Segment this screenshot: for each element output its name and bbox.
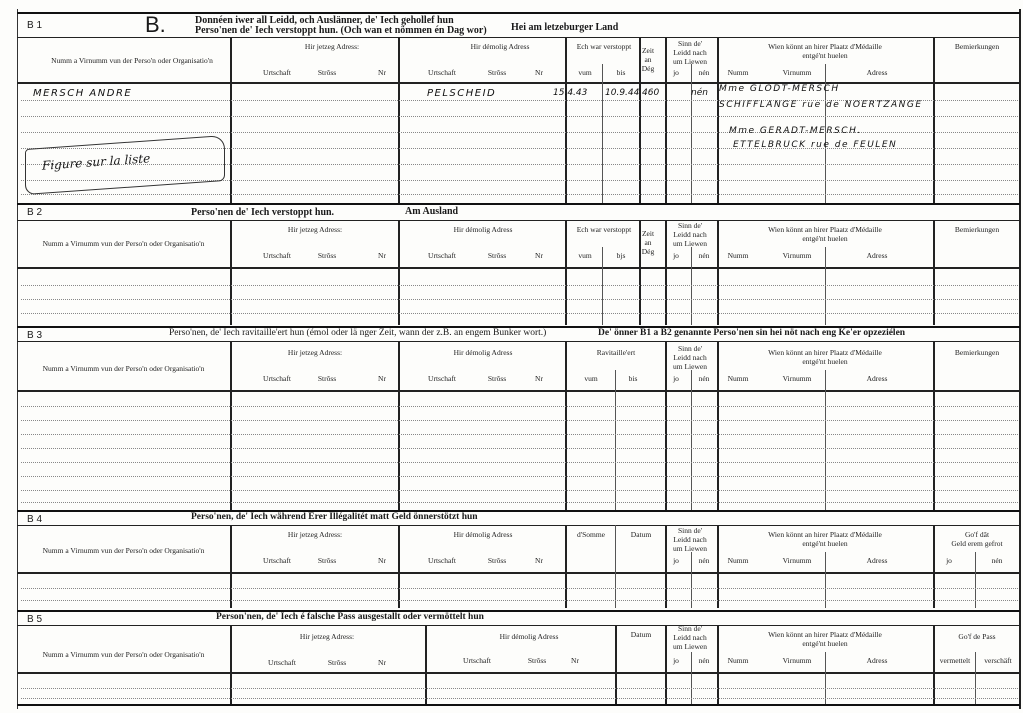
col-divider [565, 525, 567, 608]
col-divider [933, 341, 935, 510]
row-line [21, 588, 1018, 589]
col-remarks: Bemierkungen [935, 348, 1019, 357]
row-line [21, 490, 1018, 491]
section-location: Hei am letzeburger Land [511, 22, 618, 33]
col-divider [933, 525, 935, 608]
section-b2: B 2 Perso'nen de' Iech verstoppt hun. Am… [17, 203, 1020, 325]
col-divider [691, 652, 692, 704]
section-b4: B 4 Perso'nen, de' Iech während Erer Ill… [17, 510, 1020, 608]
col-days-l3: Dég [642, 247, 655, 256]
section-title-line2: Perso'nen de' Iech verstoppt hun. (Och w… [195, 25, 487, 36]
col-former-place: Urtschaft [457, 656, 497, 665]
col-medal-name: Numm [725, 251, 751, 260]
col-alive: Sinn de'Leidd nachum Liewen [665, 624, 715, 651]
col-medal-l1: Wien könnt an hirer Plaatz d'Médaille [768, 348, 882, 357]
section-id: B 5 [27, 614, 42, 625]
entry-to: 10.9.44 [605, 88, 639, 98]
col-current-place: Urtschaft [257, 68, 297, 77]
col-former-place: Urtschaft [422, 556, 462, 565]
entry-from: 15.4.43 [553, 88, 587, 98]
col-days: ZeitanDég [641, 229, 655, 256]
col-former-address: Hir démolig Adress [400, 225, 566, 234]
col-divider [425, 625, 427, 704]
col-divider [825, 370, 826, 510]
col-name: Numm a Virnumm vun der Perso'n oder Orga… [17, 364, 230, 373]
col-divider [717, 341, 719, 510]
col-medal-firstname: Virnumm [777, 68, 817, 77]
col-divider [230, 341, 232, 510]
col-refund-yes: jo [942, 556, 956, 565]
col-days-l3: Dég [642, 64, 655, 73]
col-no: nén [695, 656, 713, 665]
entry-medal1-name: Mme GLODT-MERSCH [719, 84, 840, 94]
col-from: vum [573, 374, 609, 383]
col-medal-l2: entgé'nt huelen [802, 357, 847, 366]
col-medal-l2: entgé'nt huelen [802, 51, 847, 60]
col-alive-l2: Leidd nach [673, 535, 707, 544]
col-to: bis [615, 374, 651, 383]
col-medal-firstname: Virnumm [777, 251, 817, 260]
section-location: Am Ausland [405, 206, 458, 217]
col-divider [933, 220, 935, 325]
col-current-address: Hir jetzeg Adress: [232, 632, 422, 641]
col-former-address: Hir démolig Adress [417, 42, 583, 51]
col-hidden: Ech war verstoppt [567, 225, 641, 234]
entry-medal2-name: Mme GERADT-MERSCH. [729, 126, 862, 136]
col-medal-name: Numm [725, 556, 751, 565]
section-b2-title-row: B 2 Perso'nen de' Iech verstoppt hun. Am… [17, 205, 1020, 221]
row-line [21, 698, 1018, 699]
col-divider [717, 525, 719, 608]
row-line [21, 194, 1018, 195]
col-alive: Sinn de'Leidd nachum Liewen [665, 344, 715, 371]
col-divider [615, 625, 617, 704]
col-alive: Sinn de'Leidd nachum Liewen [665, 221, 715, 248]
entry-alive-no: nén [691, 88, 708, 98]
form-letter: B. [145, 12, 166, 38]
section-id: B 3 [27, 330, 42, 341]
col-former-street: Strŏss [482, 374, 512, 383]
row-line [21, 406, 1018, 407]
col-divider [230, 525, 232, 608]
col-medal: Wien könnt an hirer Plaatz d'Médailleent… [717, 42, 933, 60]
listed-stamp: Figure sur la liste [25, 135, 225, 195]
entry-medal1-address: SCHIFFLANGE rue de NOERTZANGE [719, 100, 923, 110]
col-divider [230, 625, 232, 704]
col-medal: Wien könnt an hirer Plaatz d'Médailleent… [717, 530, 933, 548]
col-former-nr: Nr [529, 251, 549, 260]
col-hidden: Ech war verstoppt [567, 42, 641, 51]
col-divider [665, 525, 667, 608]
col-divider [639, 37, 641, 204]
col-former-nr: Nr [529, 374, 549, 383]
row-line [21, 420, 1018, 421]
col-current-nr: Nr [372, 68, 392, 77]
col-money-refund: Go'f dâtGeld erem gefrot [935, 530, 1019, 548]
section-b5: B 5 Person'nen, de' Iech é falsche Pass … [17, 610, 1020, 706]
col-days: ZeitanDég [641, 46, 655, 73]
col-alive-l2: Leidd nach [673, 230, 707, 239]
col-divider [665, 220, 667, 325]
col-medal-l1: Wien könnt an hirer Plaatz d'Médaille [768, 225, 882, 234]
entry-name: MERSCH ANDRE [33, 88, 132, 99]
row-line [21, 285, 1018, 286]
col-days-l1: Zeit [642, 46, 654, 55]
col-divider [398, 341, 400, 510]
col-no: nén [695, 556, 713, 565]
col-alive-l1: Sinn de' [678, 526, 702, 535]
header-divider [17, 572, 1020, 574]
col-divider [717, 220, 719, 325]
col-medal-l2: entgé'nt huelen [802, 539, 847, 548]
col-medal-address: Adress [852, 556, 902, 565]
col-medal-name: Numm [725, 374, 751, 383]
col-procured: verschäft [977, 656, 1019, 665]
col-alive: Sinn de'Leidd nachum Liewen [665, 39, 715, 66]
col-divider [665, 625, 667, 704]
col-divider [565, 341, 567, 510]
col-days-l2: an [644, 238, 651, 247]
col-medal-l2: entgé'nt huelen [802, 639, 847, 648]
col-medal: Wien könnt an hirer Plaatz d'Médailleent… [717, 630, 933, 648]
section-id: B 2 [27, 207, 42, 218]
col-former-nr: Nr [529, 68, 549, 77]
col-mediated: vermettelt [935, 656, 975, 665]
col-medal-name: Numm [725, 68, 751, 77]
col-current-address: Hir jetzeg Adress: [232, 225, 398, 234]
section-title: Perso'nen, de' Iech ravitaille'ert hun (… [169, 328, 546, 338]
col-alive-l1: Sinn de' [678, 221, 702, 230]
col-current-place: Urtschaft [262, 658, 302, 667]
entry-medal2-address: ETTELBRUCK rue de FEULEN [733, 140, 897, 150]
col-divider [665, 341, 667, 510]
col-divider [691, 370, 692, 510]
col-current-street: Strŏss [312, 68, 342, 77]
col-current-street: Strŏss [312, 251, 342, 260]
col-medal-address: Adress [852, 68, 902, 77]
col-divider [825, 652, 826, 704]
col-sum: d'Somme [567, 530, 615, 539]
col-medal-l1: Wien könnt an hirer Plaatz d'Médaille [768, 42, 882, 51]
col-medal-address: Adress [852, 374, 902, 383]
col-current-street: Strŏss [312, 374, 342, 383]
col-date: Datum [617, 630, 665, 639]
col-former-street: Strŏss [482, 556, 512, 565]
section-note: De' önner B1 a B2 genannte Perso'nen sin… [598, 328, 905, 338]
col-yes: jo [669, 251, 683, 260]
col-days-l1: Zeit [642, 229, 654, 238]
col-current-address: Hir jetzeg Adress: [232, 530, 398, 539]
col-divider [602, 64, 603, 204]
section-b5-title-row: B 5 Person'nen, de' Iech é falsche Pass … [17, 612, 1020, 626]
row-line [21, 132, 1018, 133]
section-b3-title-row: B 3 Perso'nen, de' Iech ravitaille'ert h… [17, 328, 1020, 342]
section-b4-title-row: B 4 Perso'nen, de' Iech während Erer Ill… [17, 512, 1020, 526]
col-date: Datum [617, 530, 665, 539]
section-id: B 1 [27, 20, 42, 31]
col-divider [665, 37, 667, 204]
col-to: bjs [603, 251, 639, 260]
row-line [21, 313, 1018, 314]
col-former-street: Strŏss [482, 251, 512, 260]
col-alive-l3: um Liewen [673, 57, 707, 66]
row-line [21, 688, 1018, 689]
col-no: nén [695, 251, 713, 260]
col-former-street: Strŏss [522, 656, 552, 665]
col-divider [975, 652, 976, 704]
header-divider [17, 672, 1020, 674]
row-line [21, 299, 1018, 300]
row-line [21, 434, 1018, 435]
col-former-address: Hir démolig Adress [400, 348, 566, 357]
col-medal-l1: Wien könnt an hirer Plaatz d'Médaille [768, 530, 882, 539]
col-current-address: Hir jetzeg Adress: [232, 348, 398, 357]
col-alive-l3: um Liewen [673, 642, 707, 651]
row-line [21, 502, 1018, 503]
col-former-address: Hir démolig Adress [400, 530, 566, 539]
col-refund-l1: Go'f dât [965, 530, 989, 539]
col-divider [933, 37, 935, 204]
col-refund-no: nén [987, 556, 1007, 565]
col-medal-firstname: Virnumm [777, 656, 817, 665]
section-title: Perso'nen, de' Iech während Erer Illégal… [191, 512, 478, 522]
col-divider [230, 37, 232, 204]
col-no: nén [695, 374, 713, 383]
col-alive-l2: Leidd nach [673, 353, 707, 362]
col-medal-address: Adress [852, 251, 902, 260]
col-former-place: Urtschaft [422, 68, 462, 77]
col-medal-l2: entgé'nt huelen [802, 234, 847, 243]
col-current-nr: Nr [372, 658, 392, 667]
col-medal-l1: Wien könnt an hirer Plaatz d'Médaille [768, 630, 882, 639]
header-divider [17, 390, 1020, 392]
col-days-l2: an [644, 55, 651, 64]
col-current-address: Hir jetzeg Adress: [249, 42, 415, 51]
col-divider [933, 625, 935, 704]
col-alive-l2: Leidd nach [673, 48, 707, 57]
col-supplied: Ravitaille'ert [567, 348, 665, 357]
col-name: Numm a Virnumm vun der Perso'n oder Orga… [17, 546, 230, 555]
section-title: Person'nen, de' Iech é falsche Pass ausg… [216, 612, 484, 622]
col-name: Numm a Virnumm vun der Perso'n oder Orga… [17, 650, 230, 659]
col-current-place: Urtschaft [257, 374, 297, 383]
col-divider [717, 625, 719, 704]
col-from: vum [567, 68, 603, 77]
col-current-nr: Nr [372, 556, 392, 565]
section-b1: B 1 B. Donnéen iwer all Leidd, och Auslä… [17, 12, 1020, 204]
col-current-nr: Nr [372, 251, 392, 260]
section-b1-title-row: B 1 B. Donnéen iwer all Leidd, och Auslä… [17, 14, 1020, 38]
col-former-nr: Nr [565, 656, 585, 665]
col-alive-l3: um Liewen [673, 239, 707, 248]
col-current-street: Strŏss [312, 556, 342, 565]
col-medal: Wien könnt an hirer Plaatz d'Médailleent… [717, 348, 933, 366]
col-remarks: Bemierkungen [935, 225, 1019, 234]
col-divider [398, 37, 400, 204]
col-alive-l1: Sinn de' [678, 344, 702, 353]
row-line [21, 600, 1018, 601]
header-divider [17, 82, 1020, 84]
col-divider [230, 220, 232, 325]
col-current-place: Urtschaft [257, 251, 297, 260]
col-alive-l1: Sinn de' [678, 624, 702, 633]
col-no: nén [695, 68, 713, 77]
section-title-line2-text: Perso'nen de' Iech verstoppt hun. (Och w… [195, 25, 487, 36]
col-from: vum [567, 251, 603, 260]
col-yes: jo [669, 374, 683, 383]
col-medal-address: Adress [852, 656, 902, 665]
col-former-street: Strŏss [482, 68, 512, 77]
section-b3: B 3 Perso'nen, de' Iech ravitaille'ert h… [17, 326, 1020, 510]
col-divider [615, 370, 616, 510]
col-medal-firstname: Virnumm [777, 374, 817, 383]
col-divider [565, 220, 567, 325]
col-former-address: Hir démolig Adress [429, 632, 629, 641]
col-name: Numm a Virnumm vun der Perso'n oder Orga… [17, 239, 230, 248]
col-divider [565, 37, 567, 204]
col-alive-l2: Leidd nach [673, 633, 707, 642]
col-alive-l3: um Liewen [673, 362, 707, 371]
col-medal-firstname: Virnumm [777, 556, 817, 565]
entry-former-place: PELSCHEID [427, 88, 496, 99]
row-line [21, 448, 1018, 449]
row-line [21, 476, 1018, 477]
col-current-nr: Nr [372, 374, 392, 383]
entry-days: 460 [642, 88, 659, 98]
col-divider [615, 525, 616, 608]
row-line [21, 116, 1018, 117]
col-former-nr: Nr [529, 556, 549, 565]
col-name: Numm a Virnumm vun der Perso'n oder Orga… [17, 56, 247, 65]
col-alive: Sinn de'Leidd nachum Liewen [665, 526, 715, 553]
col-yes: jo [669, 656, 683, 665]
col-former-place: Urtschaft [422, 251, 462, 260]
col-current-street: Strŏss [322, 658, 352, 667]
col-divider [398, 220, 400, 325]
col-medal-name: Numm [725, 656, 751, 665]
col-divider [717, 37, 719, 204]
col-divider [639, 220, 641, 325]
col-to: bis [603, 68, 639, 77]
col-medal: Wien könnt an hirer Plaatz d'Médailleent… [717, 225, 933, 243]
col-remarks: Bemierkungen [935, 42, 1019, 51]
section-id: B 4 [27, 514, 42, 525]
section-title: Perso'nen de' Iech verstoppt hun. [191, 207, 334, 218]
row-line [21, 462, 1018, 463]
col-yes: jo [669, 68, 683, 77]
col-current-place: Urtschaft [257, 556, 297, 565]
col-passport: Go'f de Pass [935, 632, 1019, 641]
col-alive-l3: um Liewen [673, 544, 707, 553]
col-former-place: Urtschaft [422, 374, 462, 383]
col-divider [691, 64, 692, 204]
header-divider [17, 267, 1020, 269]
col-divider [398, 525, 400, 608]
col-alive-l1: Sinn de' [678, 39, 702, 48]
col-yes: jo [669, 556, 683, 565]
col-refund-l2: Geld erem gefrot [951, 539, 1002, 548]
